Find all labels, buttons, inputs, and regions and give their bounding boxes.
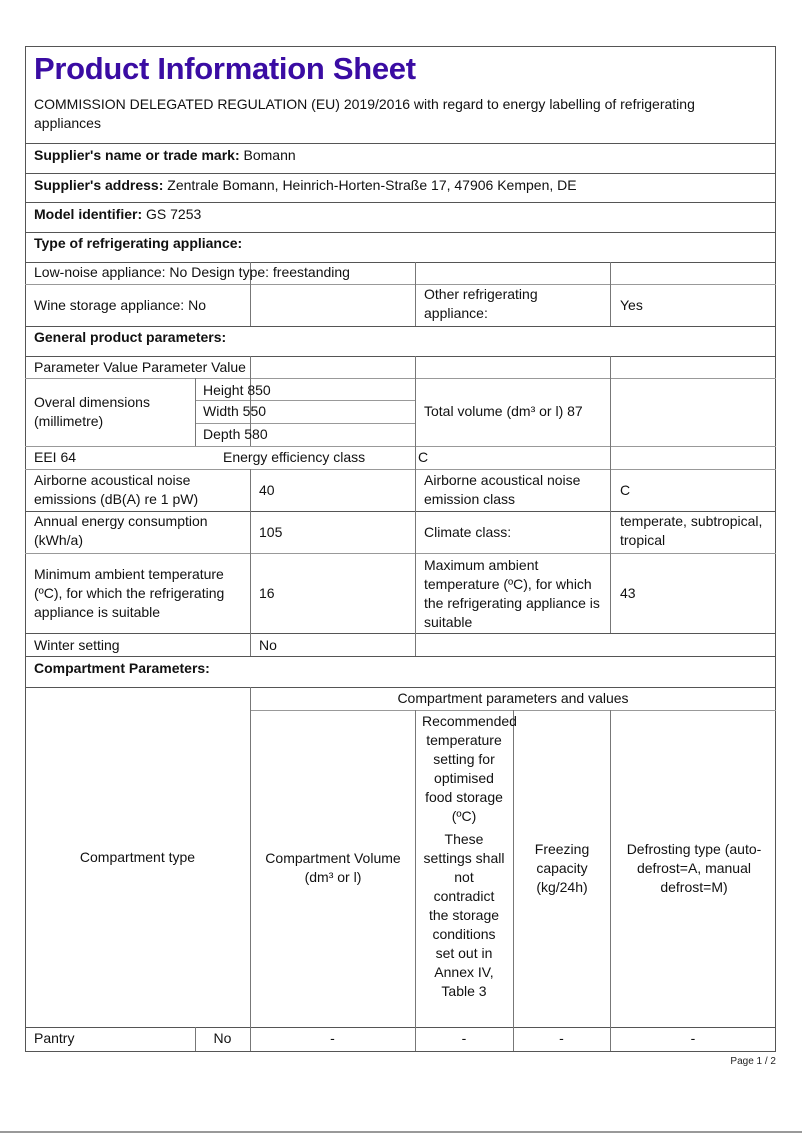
min-temp-value: 16 xyxy=(259,584,275,603)
defrost-cell: - xyxy=(610,1029,776,1048)
dimension-width: Width 550 xyxy=(203,402,266,421)
climate-class-value: temperate, subtropical, tropical xyxy=(620,512,772,550)
other-appliance-label: Other refrigerating appliance: xyxy=(424,285,604,323)
eei: EEI 64 xyxy=(34,448,76,467)
compartment-group-header: Compartment parameters and values xyxy=(250,689,776,708)
recommended-column-header: Recommended temperature setting for opti… xyxy=(422,712,506,1001)
winter-setting-label: Winter setting xyxy=(34,636,120,655)
energy-class-value: C xyxy=(418,448,428,467)
energy-class-label: Energy efficiency class xyxy=(223,448,365,467)
annual-consumption-value: 105 xyxy=(259,523,282,542)
supplier-address-label: Supplier's address: xyxy=(34,177,163,193)
dimensions-label: Overal dimensions (millimetre) xyxy=(34,393,184,431)
volume-column-header: Compartment Volume (dm³ or l) xyxy=(262,849,404,887)
noise-value: 40 xyxy=(259,481,275,500)
winter-setting-value: No xyxy=(259,636,277,655)
noise-class-label: Airborne acoustical noise emission class xyxy=(424,471,604,509)
compartment-present-cell: No xyxy=(195,1029,250,1048)
dimension-height: Height 850 xyxy=(203,381,271,400)
max-temp-value: 43 xyxy=(620,584,636,603)
supplier-address-row: Supplier's address: Zentrale Bomann, Hei… xyxy=(34,176,577,195)
model-identifier-label: Model identifier: xyxy=(34,206,142,222)
supplier-name-value: Bomann xyxy=(244,147,296,163)
volume-cell: - xyxy=(250,1029,415,1048)
climate-class-label: Climate class: xyxy=(424,523,511,542)
min-temp-label: Minimum ambient temperature (ºC), for wh… xyxy=(34,565,239,622)
params-header-row: Parameter Value Parameter Value xyxy=(34,358,246,377)
recommended-temp-text: Recommended temperature setting for opti… xyxy=(422,712,506,826)
noise-label: Airborne acoustical noise emissions (dB(… xyxy=(34,471,246,509)
freezing-cell: - xyxy=(513,1029,610,1048)
model-identifier-row: Model identifier: GS 7253 xyxy=(34,205,201,224)
other-appliance-value: Yes xyxy=(620,296,643,315)
recommended-cell: - xyxy=(415,1029,513,1048)
defrost-column-header: Defrosting type (auto-defrost=A, manual … xyxy=(620,840,768,897)
supplier-address-value: Zentrale Bomann, Heinrich-Horten-Straße … xyxy=(167,177,576,193)
page-divider xyxy=(0,1131,802,1133)
total-volume: Total volume (dm³ or l) 87 xyxy=(424,402,583,421)
max-temp-label: Maximum ambient temperature (ºC), for wh… xyxy=(424,556,604,632)
page-number: Page 1 / 2 xyxy=(730,1056,776,1067)
annual-consumption-label: Annual energy consumption (kWh/a) xyxy=(34,512,234,550)
compartment-params-heading: Compartment Parameters: xyxy=(34,659,210,678)
dimension-depth: Depth 580 xyxy=(203,425,268,444)
compartment-type-cell: Pantry xyxy=(34,1029,74,1048)
supplier-name-label: Supplier's name or trade mark: xyxy=(34,147,240,163)
freezing-column-header: Freezing capacity (kg/24h) xyxy=(520,840,604,897)
low-noise-design-type: Low-noise appliance: No Design type: fre… xyxy=(34,263,350,282)
wine-storage: Wine storage appliance: No xyxy=(34,296,206,315)
general-params-heading: General product parameters: xyxy=(34,328,226,347)
regulation-text: COMMISSION DELEGATED REGULATION (EU) 201… xyxy=(34,95,754,133)
recommended-note-text: These settings shall not contradict the … xyxy=(422,830,506,1001)
page-title: Product Information Sheet xyxy=(34,50,416,88)
supplier-name-row: Supplier's name or trade mark: Bomann xyxy=(34,146,296,165)
compartment-type-header: Compartment type xyxy=(25,848,250,867)
model-identifier-value: GS 7253 xyxy=(146,206,201,222)
appliance-type-heading: Type of refrigerating appliance: xyxy=(34,234,242,253)
noise-class-value: C xyxy=(620,481,630,500)
